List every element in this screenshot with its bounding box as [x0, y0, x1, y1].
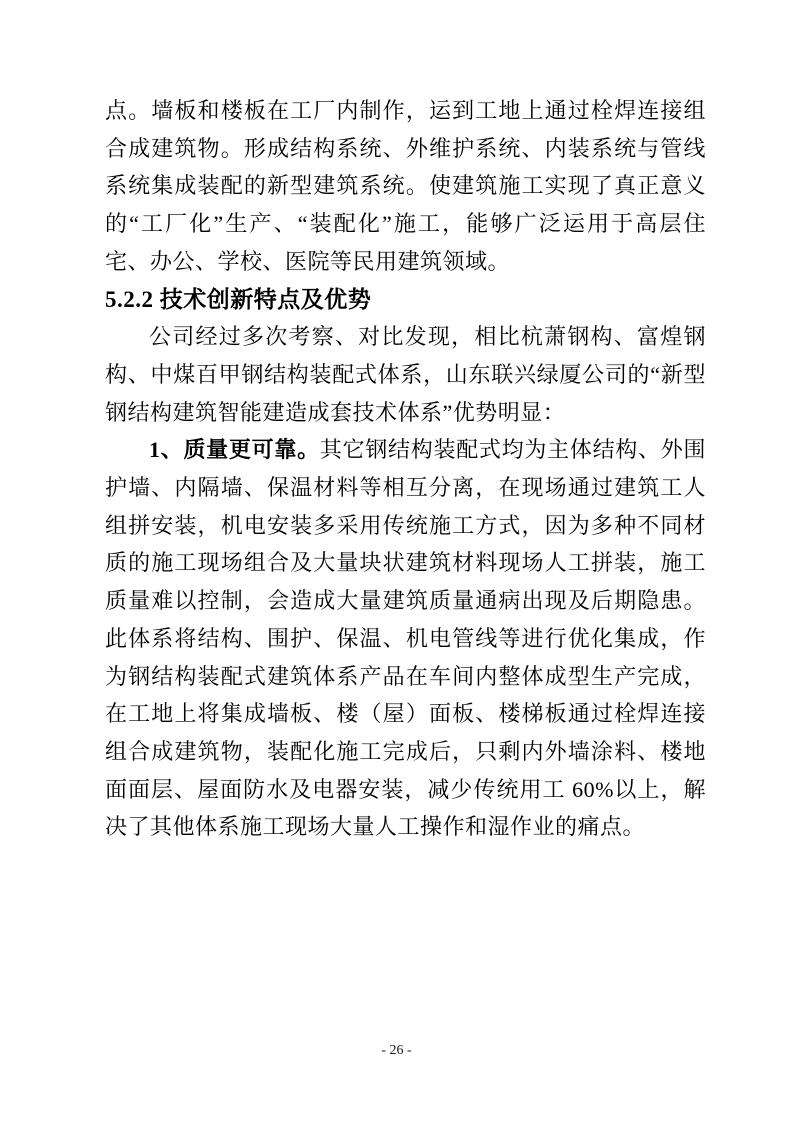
paragraph-quality: 1、质量更可靠。其它钢结构装配式均为主体结构、外围护墙、内隔墙、保温材料等相互分…: [105, 431, 706, 846]
page-footer: - 26 -: [0, 1041, 793, 1061]
paragraph-comparison: 公司经过多次考察、对比发现，相比杭萧钢构、富煌钢构、中煤百甲钢结构装配式体系，山…: [105, 318, 706, 431]
paragraph-continuation: 点。墙板和楼板在工厂内制作，运到工地上通过栓焊连接组合成建筑物。形成结构系统、外…: [105, 92, 706, 281]
paragraph-quality-lead: 1、质量更可靠。: [149, 437, 320, 462]
page-number: - 26 -: [381, 1043, 411, 1058]
section-heading: 5.2.2 技术创新特点及优势: [105, 281, 706, 319]
page-content: 点。墙板和楼板在工厂内制作，运到工地上通过栓焊连接组合成建筑物。形成结构系统、外…: [105, 92, 706, 846]
document-page: 点。墙板和楼板在工厂内制作，运到工地上通过栓焊连接组合成建筑物。形成结构系统、外…: [0, 0, 793, 1122]
paragraph-quality-rest: 其它钢结构装配式均为主体结构、外围护墙、内隔墙、保温材料等相互分离，在现场通过建…: [105, 437, 706, 839]
